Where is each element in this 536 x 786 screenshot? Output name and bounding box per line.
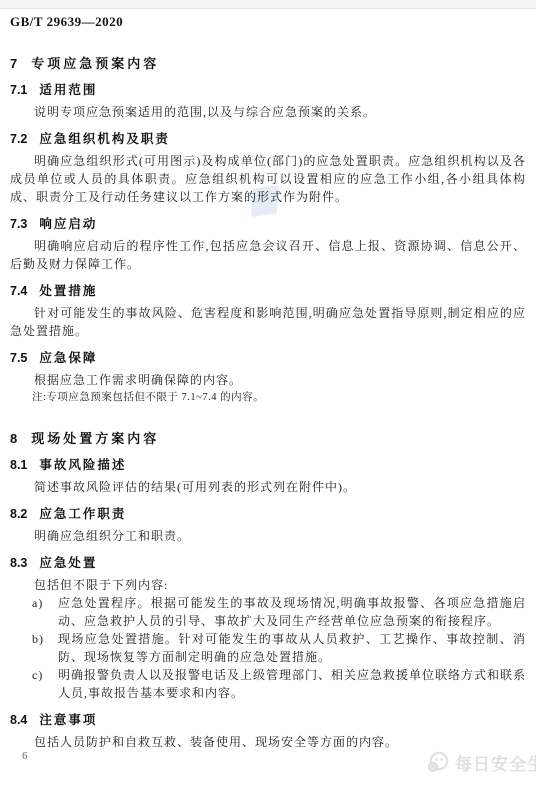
paragraph: 明确应急组织形式(可用图示)及构成单位(部门)的应急处置职责。应急组织机构以及各… (10, 152, 526, 206)
paragraph: 明确应急组织分工和职责。 (10, 527, 526, 545)
heading-title: 应急保障 (39, 351, 97, 365)
heading-number: 8.4 (10, 713, 27, 727)
chapter-heading-8: 8现场处置方案内容 (10, 431, 526, 447)
document-blocks: 7专项应急预案内容7.1适用范围说明专项应急预案适用的范围,以及与综合应急预案的… (10, 56, 526, 751)
heading-number: 7.3 (10, 217, 27, 231)
section-heading-7.4: 7.4处置措施 (10, 283, 526, 299)
heading-title: 适用范围 (39, 83, 97, 97)
page-number: 6 (22, 750, 28, 762)
heading-title: 响应启动 (39, 217, 97, 231)
paragraph: 包括人员防护和自救互救、装备使用、现场安全等方面的内容。 (10, 733, 526, 751)
page-content: GB/T 29639—2020 7专项应急预案内容7.1适用范围说明专项应急预案… (0, 0, 536, 751)
list-marker: c) (32, 666, 58, 702)
heading-number: 8.3 (10, 556, 27, 570)
note: 注:专项应急预案包括但不限于 7.1~7.4 的内容。 (32, 391, 526, 405)
paragraph: 简述事故风险评估的结果(可用列表的形式列在附件中)。 (10, 478, 526, 496)
section-heading-7.1: 7.1适用范围 (10, 82, 526, 98)
standard-number: GB/T 29639—2020 (10, 14, 526, 30)
section-heading-8.1: 8.1事故风险描述 (10, 457, 526, 473)
heading-title: 处置措施 (39, 284, 97, 298)
section-heading-8.3: 8.3应急处置 (10, 555, 526, 571)
heading-title: 注意事项 (39, 713, 97, 727)
scan-top-edge (0, 0, 536, 9)
heading-number: 8 (10, 431, 17, 446)
heading-number: 7.5 (10, 351, 27, 365)
paragraph: 针对可能发生的事故风险、危害程度和影响范围,明确应急处置指导原则,制定相应的应急… (10, 304, 526, 340)
list-item-b: b)现场应急处置措施。针对可能发生的事故从人员救护、工艺操作、事故控制、消防、现… (10, 630, 526, 666)
daily-safety-logo-icon (426, 751, 450, 775)
heading-number: 7.2 (10, 132, 27, 146)
paragraph: 明确响应启动后的程序性工作,包括应急会议召开、信息上报、资源协调、信息公开、后勤… (10, 237, 526, 273)
watermark-text: 每日安全生产 (455, 750, 536, 775)
list-text: 应急处置程序。根据可能发生的事故及现场情况,明确事故报警、各项应急措施启动、应急… (58, 594, 526, 630)
paragraph: 根据应急工作需求明确保障的内容。 (10, 371, 526, 389)
section-heading-7.2: 7.2应急组织机构及职责 (10, 131, 526, 147)
publisher-watermark: 每日安全生产 (426, 750, 536, 775)
section-heading-8.4: 8.4注意事项 (10, 712, 526, 728)
heading-number: 8.2 (10, 507, 27, 521)
section-heading-7.5: 7.5应急保障 (10, 350, 526, 366)
heading-number: 7 (10, 56, 17, 71)
section-heading-7.3: 7.3响应启动 (10, 216, 526, 232)
list-marker: b) (32, 630, 58, 666)
paragraph: 说明专项应急预案适用的范围,以及与综合应急预案的关系。 (10, 103, 526, 121)
heading-number: 7.4 (10, 284, 27, 298)
heading-title: 应急工作职责 (39, 507, 126, 521)
heading-title: 应急组织机构及职责 (39, 132, 170, 146)
heading-title: 专项应急预案内容 (31, 56, 159, 71)
heading-title: 事故风险描述 (39, 458, 126, 472)
heading-title: 现场处置方案内容 (31, 431, 159, 446)
paragraph: 包括但不限于下列内容: (10, 576, 526, 594)
list-text: 明确报警负责人以及报警电话及上级管理部门、相关应急救援单位联络方式和联系人员,事… (58, 666, 526, 702)
list-marker: a) (32, 594, 58, 630)
section-heading-8.2: 8.2应急工作职责 (10, 506, 526, 522)
heading-number: 8.1 (10, 458, 27, 472)
heading-title: 应急处置 (39, 556, 97, 570)
heading-number: 7.1 (10, 83, 27, 97)
list-text: 现场应急处置措施。针对可能发生的事故从人员救护、工艺操作、事故控制、消防、现场恢… (58, 630, 526, 666)
list-item-c: c)明确报警负责人以及报警电话及上级管理部门、相关应急救援单位联络方式和联系人员… (10, 666, 526, 702)
list-item-a: a)应急处置程序。根据可能发生的事故及现场情况,明确事故报警、各项应急措施启动、… (10, 594, 526, 630)
chapter-heading-7: 7专项应急预案内容 (10, 56, 526, 72)
document-page: GB/T 29639—2020 7专项应急预案内容7.1适用范围说明专项应急预案… (0, 0, 536, 786)
